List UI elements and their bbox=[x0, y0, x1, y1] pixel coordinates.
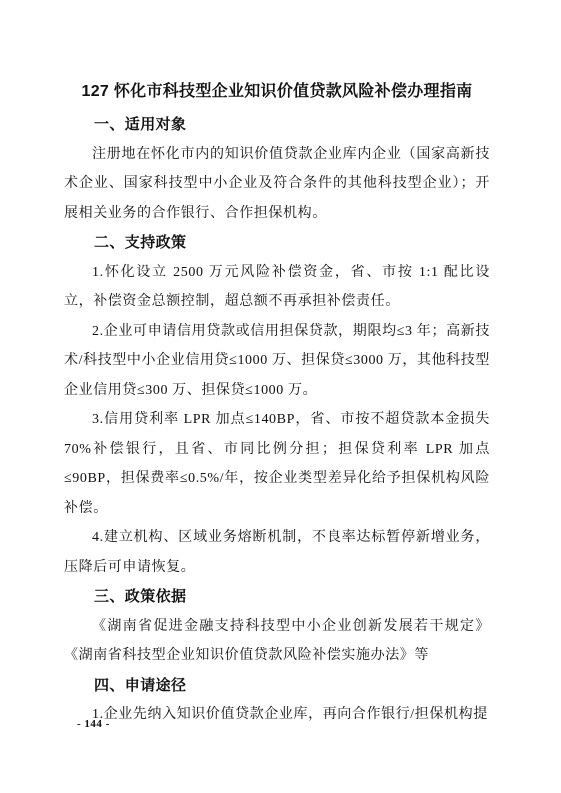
section-heading-application-channel: 四、申请途径 bbox=[64, 671, 490, 701]
section-heading-applicable-targets: 一、适用对象 bbox=[64, 110, 490, 140]
paragraph: 注册地在怀化市内的知识价值贷款企业库内企业（国家高新技术企业、国家科技型中小企业… bbox=[64, 140, 490, 229]
paragraph: 3.信用贷利率 LPR 加点≤140BP，省、市按不超贷款本金损失70%补偿银行… bbox=[64, 405, 490, 523]
paragraph: 4.建立机构、区域业务熔断机制，不良率达标暂停新增业务，压降后可申请恢复。 bbox=[64, 523, 490, 582]
section-heading-support-policy: 二、支持政策 bbox=[64, 228, 490, 258]
document-page: 127 怀化市科技型企业知识价值贷款风险补偿办理指南 一、适用对象 注册地在怀化… bbox=[0, 0, 561, 793]
page-number: - 144 - bbox=[77, 718, 110, 730]
page-title: 127 怀化市科技型企业知识价值贷款风险补偿办理指南 bbox=[64, 76, 490, 108]
paragraph: 2.企业可申请信用贷款或信用担保贷款，期限均≤3 年；高新技术/科技型中小企业信… bbox=[64, 317, 490, 406]
paragraph: 1.怀化设立 2500 万元风险补偿资金，省、市按 1:1 配比设立，补偿资金总… bbox=[64, 258, 490, 317]
section-heading-policy-basis: 三、政策依据 bbox=[64, 582, 490, 612]
paragraph: 1.企业先纳入知识价值贷款企业库，再向合作银行/担保机构提 bbox=[64, 700, 490, 730]
document-content: 127 怀化市科技型企业知识价值贷款风险补偿办理指南 一、适用对象 注册地在怀化… bbox=[64, 76, 490, 730]
paragraph: 《湖南省促进金融支持科技型中小企业创新发展若干规定》《湖南省科技型企业知识价值贷… bbox=[64, 612, 490, 671]
